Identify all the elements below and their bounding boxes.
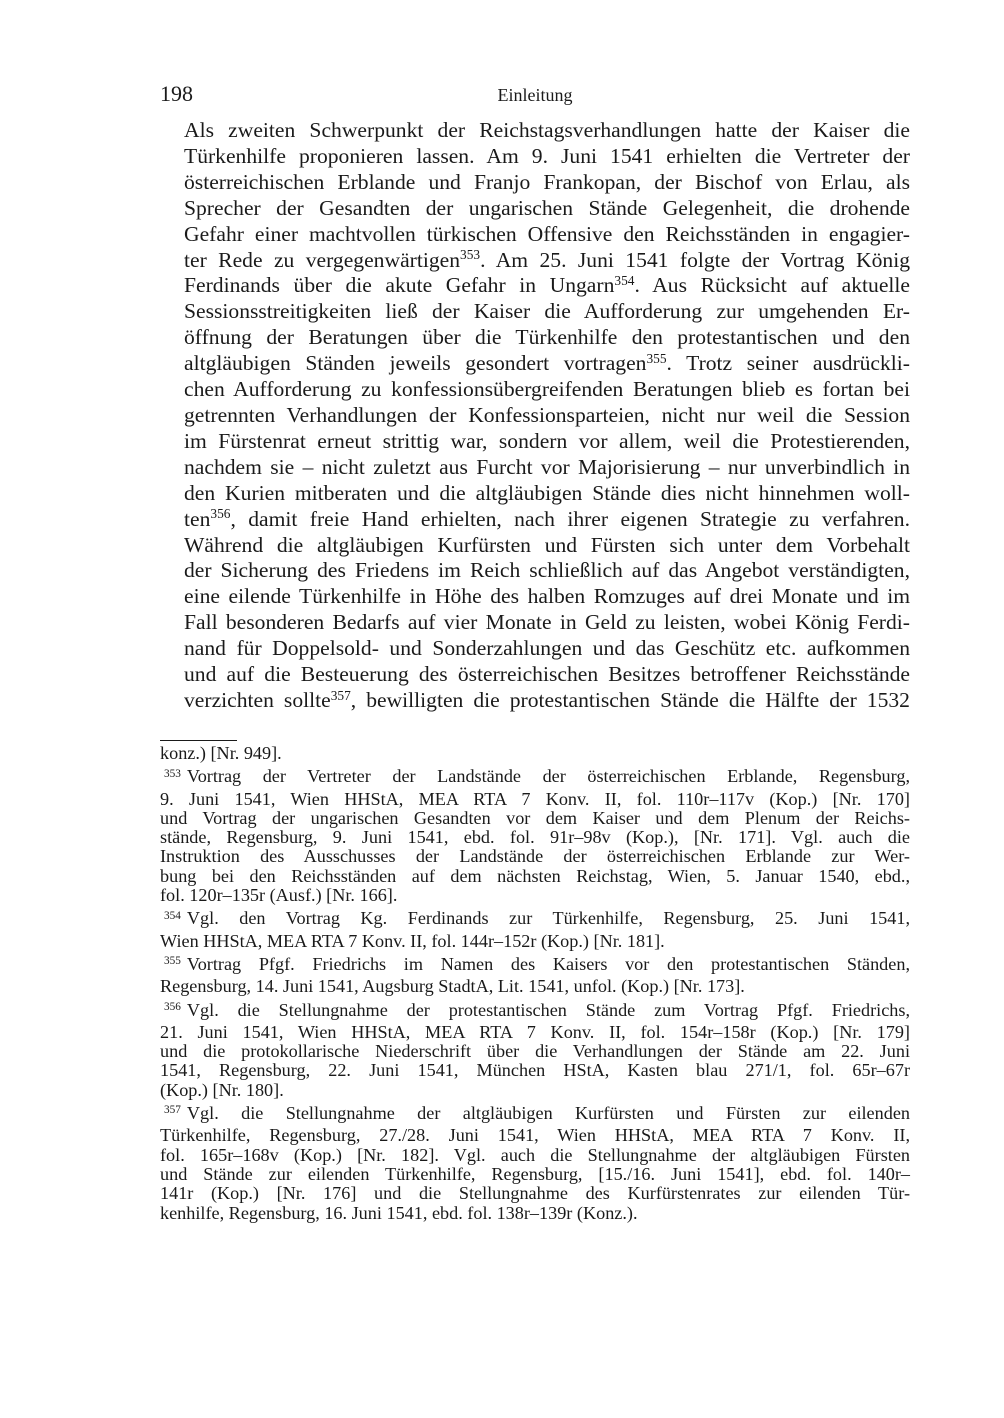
text-line: chen Aufforderung zu konfessionsübergrei… — [160, 377, 910, 403]
text-fragment: , bewilligten die protestantischen Ständ… — [351, 688, 910, 712]
text-line: der Sicherung des Friedens im Reich schl… — [160, 558, 910, 584]
text-fragment: Ferdinands über die akute Gefahr in Unga… — [184, 273, 614, 297]
body-text: Als zweiten Schwerpunkt der Reichstagsve… — [160, 118, 910, 714]
text-fragment: . Am 25. Juni 1541 folgte der Vortrag Kö… — [480, 248, 910, 272]
footnotes: konz.) [Nr. 949]. 353Vortrag der Vertret… — [160, 744, 910, 1227]
text-line: verzichten sollte357, bewilligten die pr… — [160, 688, 910, 714]
text-fragment: Vortrag der Vertreter der Landstände der… — [187, 766, 910, 786]
text-line: ter Rede zu vergegenwärtigen353. Am 25. … — [160, 248, 910, 274]
text-fragment: ter Rede zu vergegenwärtigen — [184, 248, 460, 272]
footnote-355: 355Vortrag Pfgf. Friedrichs im Namen des… — [160, 955, 910, 997]
text-line: Als zweiten Schwerpunkt der Reichstagsve… — [160, 118, 910, 144]
footnote-354: 354Vgl. den Vortrag Kg. Ferdinands zur T… — [160, 909, 910, 951]
text-fragment: altgläubigen Ständen jeweils gesondert v… — [184, 351, 646, 375]
footnote-line: Türkenhilfe, Regensburg, 27./28. Juni 15… — [160, 1126, 910, 1145]
footnote-356: 356Vgl. die Stellungnahme der protestant… — [160, 1001, 910, 1100]
text-line: Während die altgläubigen Kurfürsten und … — [160, 533, 910, 559]
text-fragment: , damit freie Hand erhielten, nach ihrer… — [230, 507, 910, 531]
footnote-line: und Stände zur eilenden Türkenhilfe, Reg… — [160, 1165, 910, 1184]
footnote-line: (Kop.) [Nr. 180]. — [160, 1081, 910, 1100]
footnote-line: 141r (Kop.) [Nr. 176] und die Stellungna… — [160, 1184, 910, 1203]
text-fragment: Vgl. die Stellungnahme der altgläubigen … — [187, 1103, 910, 1123]
text-line: im Fürstenrat erneut strittig war, sonde… — [160, 429, 910, 455]
footnote-line: 1541, Regensburg, 22. Juni 1541, München… — [160, 1061, 910, 1080]
text-fragment: . Trotz seiner ausdrückli- — [667, 351, 910, 375]
footnote-number: 355 — [164, 955, 181, 967]
text-line: altgläubigen Ständen jeweils gesondert v… — [160, 351, 910, 377]
footnote-line: und die protokollarische Niederschrift ü… — [160, 1042, 910, 1061]
text-line: Sprecher der Gesandten der ungarischen S… — [160, 196, 910, 222]
footnote-line: 357Vgl. die Stellungnahme der altgläubig… — [160, 1104, 910, 1126]
footnote-line: Regensburg, 14. Juni 1541, Augsburg Stad… — [160, 977, 910, 996]
text-line: österreichischen Erblande und Franjo Fra… — [160, 170, 910, 196]
footnote-number: 357 — [164, 1104, 181, 1116]
footnote-line: 354Vgl. den Vortrag Kg. Ferdinands zur T… — [160, 909, 910, 931]
text-line: öffnung der Beratungen über die Türkenhi… — [160, 325, 910, 351]
running-head: 198 Einleitung — [160, 80, 910, 108]
footnote-353: 353Vortrag der Vertreter der Landstände … — [160, 767, 910, 905]
footnote-line: 21. Juni 1541, Wien HHStA, MEA RTA 7 Kon… — [160, 1023, 910, 1042]
text-fragment: verzichten sollte — [184, 688, 331, 712]
text-fragment: Vortrag Pfgf. Friedrichs im Namen des Ka… — [187, 954, 910, 974]
text-line: Gefahr einer machtvollen türkischen Offe… — [160, 222, 910, 248]
text-fragment: . Aus Rücksicht auf aktuelle — [634, 273, 910, 297]
footnote-line: konz.) [Nr. 949]. — [160, 743, 282, 763]
text-line: eine eilende Türkenhilfe in Höhe des hal… — [160, 584, 910, 610]
footnote-357: 357Vgl. die Stellungnahme der altgläubig… — [160, 1104, 910, 1223]
text-line: den Kurien mitberaten und die altgläubig… — [160, 481, 910, 507]
footnote-line: Wien HHStA, MEA RTA 7 Konv. II, fol. 144… — [160, 932, 910, 951]
footnote-ref-353[interactable]: 353 — [460, 247, 480, 262]
footnote-line: und Vortrag der ungarischen Gesandten vo… — [160, 809, 910, 828]
footnote-ref-356[interactable]: 356 — [210, 506, 230, 521]
footnote-line: stände, Regensburg, 9. Juni 1541, ebd. f… — [160, 828, 910, 847]
footnote-line: fol. 165r–168v (Kop.) [Nr. 182]. Vgl. au… — [160, 1146, 910, 1165]
footnote-number: 354 — [164, 910, 181, 922]
text-fragment: ten — [184, 507, 210, 531]
footnote-line: Instruktion des Ausschusses der Landstän… — [160, 847, 910, 866]
footnote-ref-357[interactable]: 357 — [331, 688, 351, 703]
text-line: ten356, damit freie Hand erhielten, nach… — [160, 507, 910, 533]
footnote-line: 355Vortrag Pfgf. Friedrichs im Namen des… — [160, 955, 910, 977]
text-line: nachdem sie – nicht zuletzt aus Furcht v… — [160, 455, 910, 481]
text-fragment: Vgl. den Vortrag Kg. Ferdinands zur Türk… — [187, 908, 910, 928]
footnote-line: kenhilfe, Regensburg, 16. Juni 1541, ebd… — [160, 1204, 910, 1223]
text-line: getrennten Verhandlungen der Konfessions… — [160, 403, 910, 429]
text-line: Ferdinands über die akute Gefahr in Unga… — [160, 273, 910, 299]
footnote-line: bung bei den Reichsständen auf dem nächs… — [160, 867, 910, 886]
footnote-line: 9. Juni 1541, Wien HHStA, MEA RTA 7 Konv… — [160, 790, 910, 809]
text-line: Sessionsstreitigkeiten ließ der Kaiser d… — [160, 299, 910, 325]
footnote-line: fol. 120r–135r (Ausf.) [Nr. 166]. — [160, 886, 910, 905]
footnote-line: 353Vortrag der Vertreter der Landstände … — [160, 767, 910, 789]
text-line: Türkenhilfe proponieren lassen. Am 9. Ju… — [160, 144, 910, 170]
running-title: Einleitung — [160, 82, 910, 108]
text-fragment: Vgl. die Stellungnahme der protestantisc… — [187, 1000, 910, 1020]
text-line: nand für Doppelsold- und Sonderzahlungen… — [160, 636, 910, 662]
footnote-number: 353 — [164, 768, 181, 780]
text-line: und auf die Besteuerung des österreichis… — [160, 662, 910, 688]
paragraph: Als zweiten Schwerpunkt der Reichstagsve… — [160, 118, 910, 714]
footnote-ref-354[interactable]: 354 — [614, 273, 634, 288]
footnote-number: 356 — [164, 1001, 181, 1013]
text-line: Fall besonderen Bedarfs auf vier Monate … — [160, 610, 910, 636]
footnote-separator — [160, 740, 237, 741]
footnote-ref-355[interactable]: 355 — [646, 351, 666, 366]
footnote-continuation: konz.) [Nr. 949]. — [160, 744, 910, 763]
footnote-line: 356Vgl. die Stellungnahme der protestant… — [160, 1001, 910, 1023]
